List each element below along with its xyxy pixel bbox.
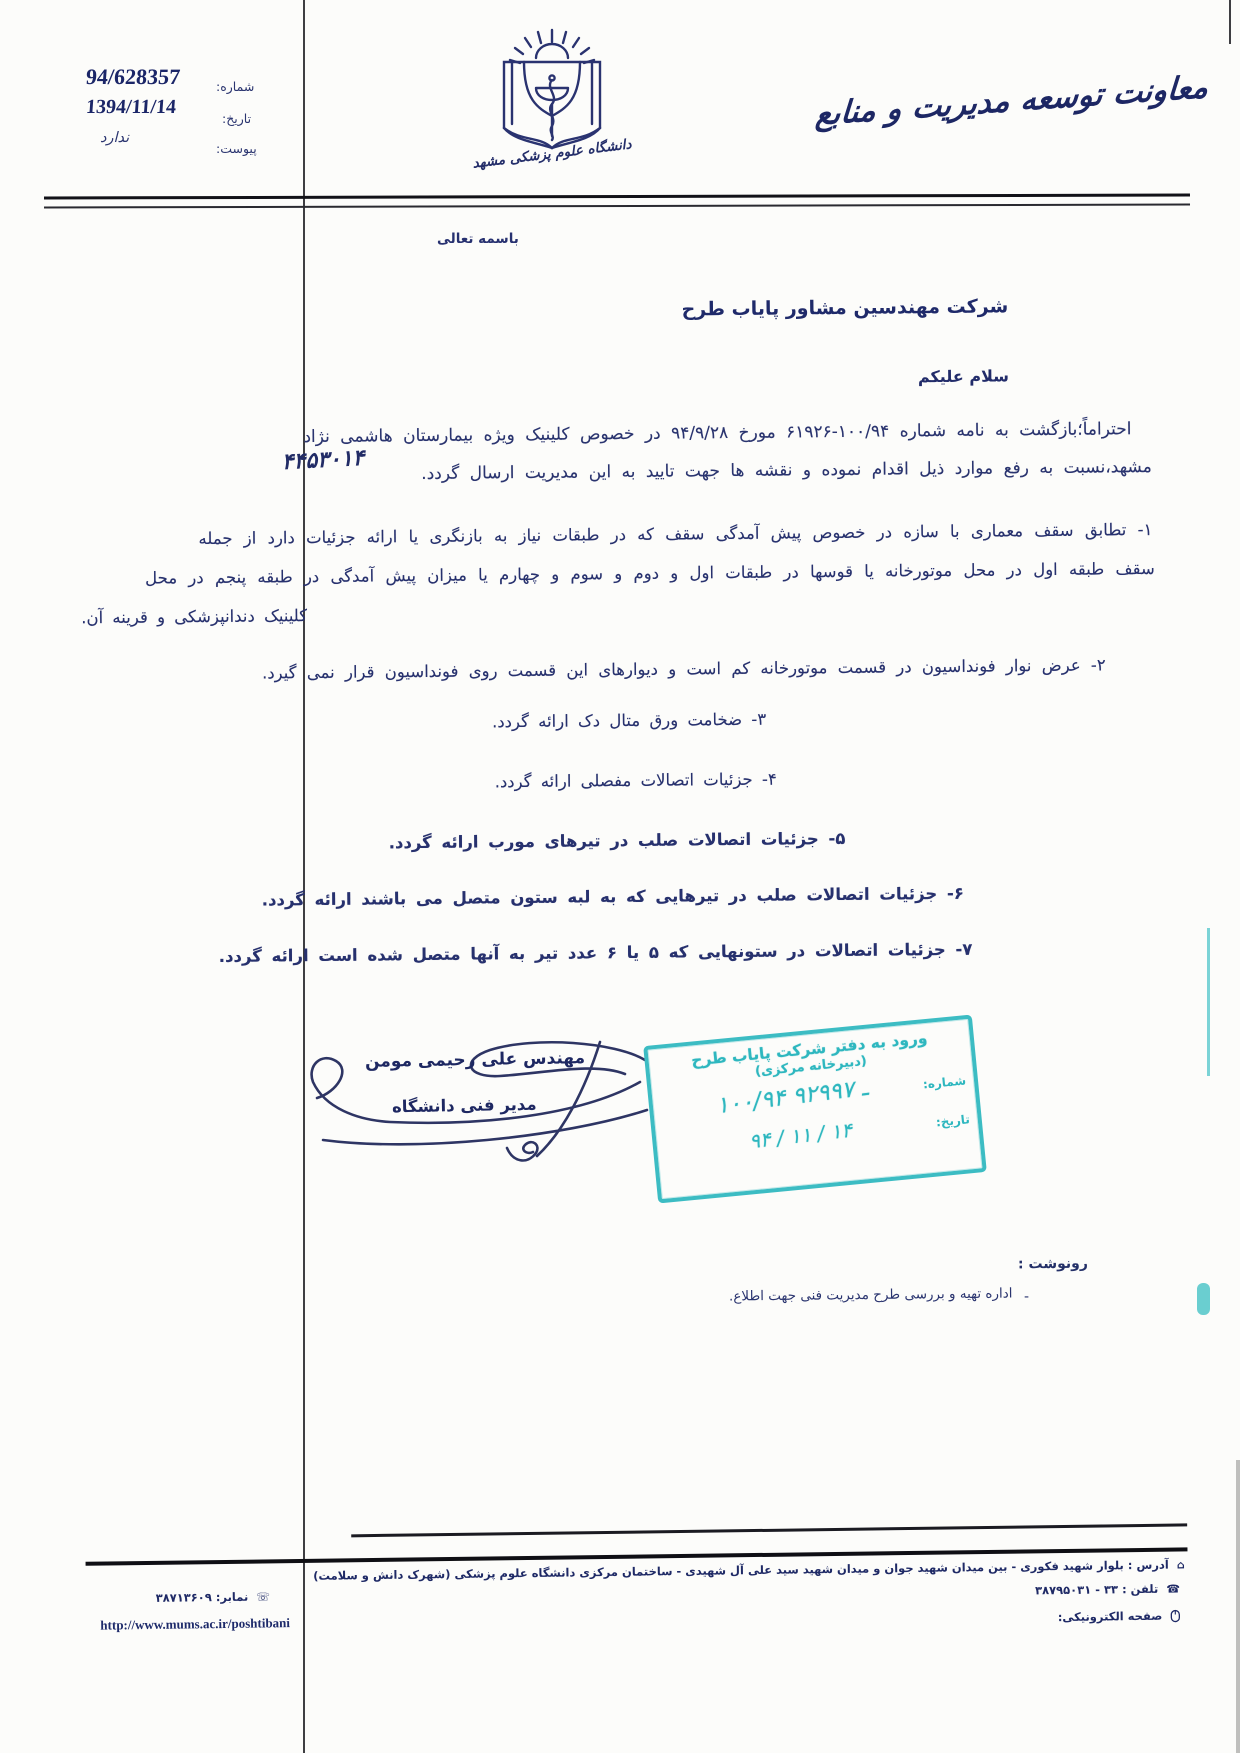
item-1-line-3: کلینیک دندانپزشکی و قرینه آن. bbox=[81, 606, 307, 627]
letter-number-label: شماره: bbox=[216, 79, 254, 94]
cc-bullet-dash: - bbox=[1024, 1289, 1029, 1305]
stamp-date-label: تاریخ: bbox=[935, 1112, 970, 1129]
item-2-line-1: ۲- عرض نوار فونداسیون در قسمت موتورخانه … bbox=[262, 655, 1106, 682]
footer-phone-label: تلفن : bbox=[1122, 1582, 1158, 1596]
item-3-line-1: ۳- ضخامت ورق متال دک ارائه گردد. bbox=[492, 710, 766, 732]
fax-icon: ☏ bbox=[256, 1590, 270, 1603]
item-1-line-2: سقف طبقه اول در محل موتورخانه یا قوسها د… bbox=[145, 559, 1155, 588]
phone-icon: ☎ bbox=[1166, 1582, 1180, 1595]
header-rule bbox=[44, 193, 1190, 208]
letter-date-value: 1394/11/14 bbox=[85, 96, 177, 119]
footer-address-label: آدرس : bbox=[1128, 1558, 1169, 1573]
footer-fax-label: نمابر: bbox=[216, 1590, 249, 1604]
recipient-line: شرکت مهندسین مشاور پایاب طرح bbox=[681, 295, 1008, 320]
company-receipt-stamp: ورود به دفتر شرکت پایاب طرح (دبیرخانه مر… bbox=[643, 1015, 987, 1204]
letter-attachment-label: پیوست: bbox=[216, 141, 257, 156]
scan-edge-line bbox=[1229, 0, 1231, 44]
address-icon: ⌂ bbox=[1177, 1558, 1185, 1571]
signer-name: مهندس علی رحیمی مومن bbox=[365, 1048, 585, 1072]
item-5-line-1: ۵- جزئیات اتصالات صلب در تیرهای مورب ارا… bbox=[389, 829, 846, 852]
opening-paragraph-line-2: مشهد،نسبت به رفع موارد ذیل اقدام نموده و… bbox=[421, 457, 1152, 484]
cc-item: اداره تهیه و بررسی طرح مدیریت فنی جهت اط… bbox=[728, 1286, 1012, 1305]
item-4-line-1: ۴- جزئیات اتصالات مفصلی ارائه گردد. bbox=[495, 770, 777, 792]
letter-date-label: تاریخ: bbox=[222, 111, 251, 126]
footer-address-value: بلوار شهید فکوری - بین میدان شهید جوان و… bbox=[313, 1558, 1124, 1583]
signer-title: مدیر فنی دانشگاه bbox=[392, 1095, 537, 1117]
item-1-line-1: ۱- تطابق سقف معماری با سازه در خصوص پیش … bbox=[198, 520, 1152, 548]
scanned-letter-page: 94/628357 شماره: 1394/11/14 تاریخ: ندارد… bbox=[0, 0, 1240, 1753]
footer-website-url: http://www.mums.ac.ir/poshtibani bbox=[100, 1615, 290, 1633]
footer-web-label: صفحه الکترونیکی: bbox=[1058, 1609, 1163, 1624]
footer-phone-row: ☎ تلفن : ۳۸۷۹۵۰۳۱ - ۳۳ bbox=[1035, 1581, 1180, 1597]
salutation: سلام علیکم bbox=[918, 366, 1009, 386]
stamp-number-label: شماره: bbox=[922, 1073, 966, 1091]
letter-attachment-value: ندارد bbox=[100, 130, 129, 146]
handwritten-reference-number: ۴۴۵۳۰۱۴ bbox=[281, 446, 365, 475]
footer-phone-value: ۳۸۷۹۵۰۳۱ - ۳۳ bbox=[1035, 1582, 1118, 1597]
letter-body: شرکت مهندسین مشاور پایاب طرح سلام علیکم … bbox=[0, 279, 1240, 1051]
opening-paragraph-line-1: احتراماً؛بازگشت به نامه شماره ۱۰۰/۹۴-۶۱۹… bbox=[303, 419, 1131, 447]
item-6-line-1: ۶- جزئیات اتصالات صلب در تیرهایی که به ل… bbox=[262, 884, 964, 910]
footer: ⌂ آدرس : بلوار شهید فکوری - بین میدان شه… bbox=[0, 1511, 1240, 1677]
scan-teal-blob bbox=[1197, 1283, 1210, 1315]
bismillah: باسمه تعالی bbox=[437, 231, 519, 247]
footer-address-row: ⌂ آدرس : بلوار شهید فکوری - بین میدان شه… bbox=[313, 1557, 1185, 1582]
footer-fax-value: ۳۸۷۱۳۶۰۹ bbox=[156, 1590, 212, 1605]
mouse-icon bbox=[1170, 1609, 1180, 1622]
footer-fax-row: ☏ نمابر: ۳۸۷۱۳۶۰۹ bbox=[100, 1589, 270, 1605]
department-calligraphy: معاونت توسعه مدیریت و منابع bbox=[814, 67, 1236, 133]
item-7-line-1: ۷- جزئیات اتصالات در ستونهایی که ۵ یا ۶ … bbox=[219, 940, 973, 966]
letter-number-value: 94/628357 bbox=[85, 64, 181, 90]
footer-web-row: صفحه الکترونیکی: bbox=[1058, 1608, 1181, 1624]
footer-rule-thin bbox=[351, 1523, 1187, 1536]
cc-label: رونوشت : bbox=[1018, 1256, 1088, 1273]
